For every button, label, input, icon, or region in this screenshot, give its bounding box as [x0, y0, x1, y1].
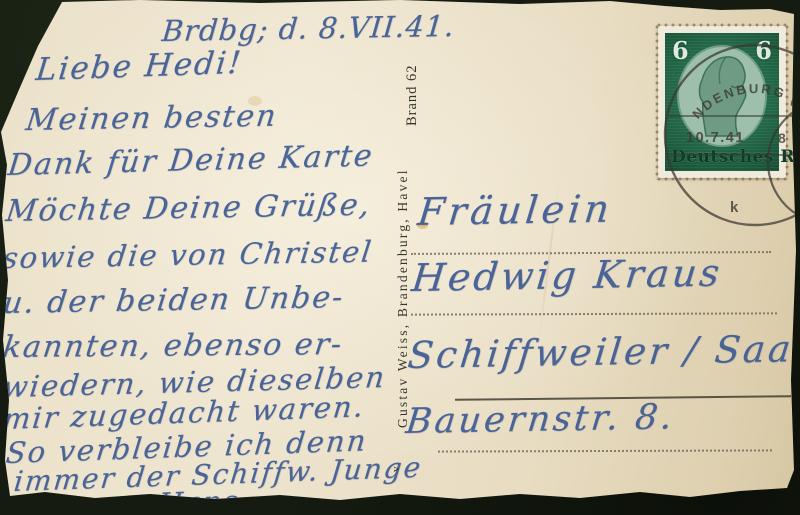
address-rule-line: [411, 312, 777, 315]
address-rule-line: [438, 449, 772, 452]
postmark: NDENBURG (HAV 10.7.41 8 k: [628, 18, 800, 238]
postcard-back: Brdbg; d. 8.VII.41. Liebe Hedi! Meinen b…: [0, 0, 800, 515]
address-line: Schiffweiler / Saar: [406, 327, 800, 377]
message-line: kannten, ebenso er-: [1, 327, 346, 365]
message-line: Liebe Hedi!: [34, 45, 244, 88]
postmark-time-digit: 8: [778, 130, 786, 146]
handwritten-dateline: Brdbg; d. 8.VII.41.: [161, 9, 457, 48]
postmark-town-text: NDENBURG (HAV: [689, 81, 800, 131]
signature: Hans.: [156, 484, 252, 515]
postmark-letter: k: [730, 199, 739, 216]
message-line: Möchte Deine Grüße,: [4, 188, 373, 229]
address-line: Bauernstr. 8.: [404, 397, 677, 442]
publisher-imprint: Gustav Weiss, Brandenburg, Havel: [395, 168, 411, 428]
message-line: Meinen besten: [24, 99, 280, 138]
message-line: u. der beiden Unbe-: [1, 280, 347, 321]
address-line: Hedwig Kraus: [410, 251, 725, 301]
imprint-mark: v: [390, 467, 402, 473]
svg-text:NDENBURG (HAV: NDENBURG (HAV: [689, 81, 800, 131]
series-number: Brand 62: [404, 64, 421, 126]
message-line: Dank für Deine Karte: [6, 138, 376, 183]
postmark-date: 10.7.41: [686, 130, 745, 146]
message-line: sowie die von Christel: [1, 235, 375, 276]
address-line: Fräulein: [416, 187, 616, 234]
